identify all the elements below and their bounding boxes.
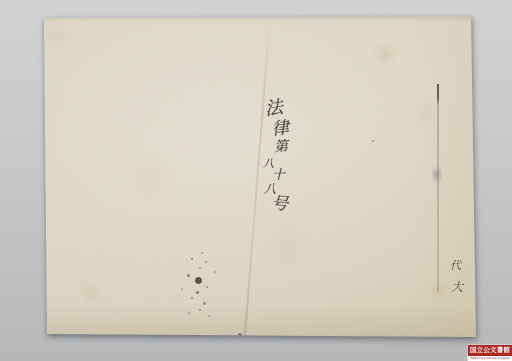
ink-dot: [206, 286, 208, 288]
calligraphy-char: 十: [272, 169, 285, 182]
foxing-spot: [257, 217, 313, 273]
archives-watermark-en: National Archives of Japan: [468, 356, 512, 361]
foxing-spot: [429, 281, 447, 299]
ink-dot: [238, 333, 242, 337]
ink-dot: [208, 315, 210, 317]
archives-watermark-jp: 国立公文書館: [468, 345, 512, 356]
calligraphy-char: 法: [264, 99, 284, 119]
ink-dot: [191, 297, 193, 299]
foxing-spot: [79, 282, 101, 304]
ink-dot: [205, 261, 207, 263]
ink-dot: [214, 271, 216, 273]
foxing-spot: [409, 99, 441, 131]
paper-surface: 法律第八十八号 代大: [0, 0, 512, 361]
ink-dot: [195, 277, 202, 284]
corner-annotation-char: 大: [451, 281, 463, 293]
ink-dot: [203, 302, 206, 305]
paper-bottom-shading: [0, 303, 512, 343]
foxing-spot: [37, 17, 73, 53]
foxing-spot: [126, 156, 174, 204]
calligraphy-char: 第: [274, 140, 289, 155]
ink-dot: [181, 288, 183, 290]
document-scan: 法律第八十八号 代大 国立公文書館 National Archives of J…: [0, 0, 512, 361]
corner-annotation-char: 代: [450, 260, 461, 271]
calligraphy-char: 律: [271, 120, 289, 138]
ink-dot: [188, 312, 190, 314]
ink-dot: [201, 252, 203, 254]
ink-dot: [199, 309, 201, 311]
ink-dot: [196, 291, 199, 294]
ink-dot: [372, 140, 374, 142]
ink-dot: [187, 274, 190, 277]
calligraphy-char: 号: [270, 195, 289, 214]
paper-sheet: 法律第八十八号 代大: [0, 0, 512, 361]
foxing-spot: [371, 41, 399, 69]
archives-watermark: 国立公文書館 National Archives of Japan: [468, 345, 512, 361]
faded-ink-smudge: [431, 166, 443, 184]
ink-dot: [191, 258, 193, 260]
ink-dot: [199, 267, 201, 269]
